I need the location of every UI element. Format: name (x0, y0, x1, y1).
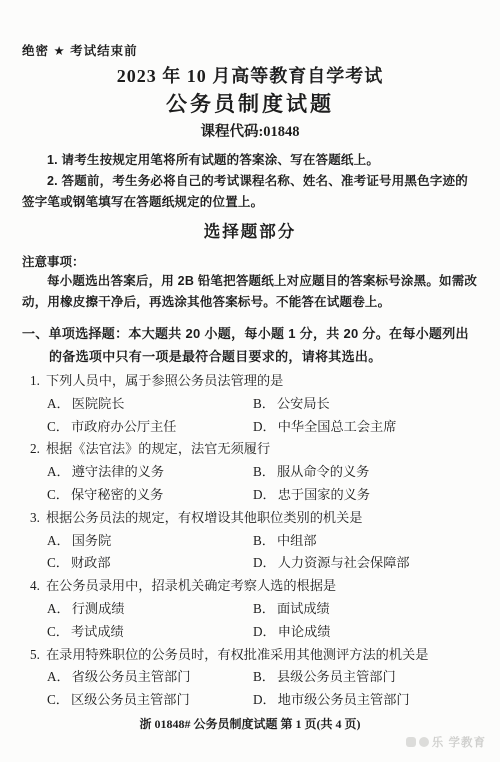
option-grid: A．行测成绩 B．面试成绩 C．考试成绩 D．申论成绩 (47, 598, 478, 644)
instruction-number: 1. (47, 153, 58, 167)
watermark-logo-icon (406, 737, 416, 747)
question-stem: 根据《法官法》的规定，法官无须履行 (46, 441, 270, 456)
exam-paper-page: 绝密 ★ 考试结束前 2023 年 10 月高等教育自学考试 公务员制度试题 课… (0, 0, 500, 762)
option: A．医院院长 (47, 393, 253, 416)
option-text: 国务院 (72, 533, 112, 548)
classification-banner: 绝密 ★ 考试结束前 (22, 44, 478, 58)
option: C．市政府办公厅主任 (47, 416, 253, 439)
section-label: 一、单项选择题： (22, 326, 128, 341)
section-heading: 一、单项选择题：本大题共 20 小题，每小题 1 分，共 20 分。在每小题列出… (22, 323, 478, 368)
option-text: 医院院长 (72, 396, 125, 411)
option-text: 区级公务员主管部门 (71, 692, 190, 707)
instruction-item: 1. 请考生按规定用笔将所有试题的答案涂、写在答题纸上。 (22, 150, 478, 171)
instructions-list: 1. 请考生按规定用笔将所有试题的答案涂、写在答题纸上。 2. 答题前，考生务必… (22, 150, 478, 213)
option-key: B． (253, 393, 275, 416)
part-heading: 选择题部分 (22, 221, 478, 243)
option: B．县级公务员主管部门 (253, 666, 478, 689)
option: D．地市级公务员主管部门 (253, 689, 478, 712)
option-text: 面试成绩 (277, 601, 330, 616)
attention-text: 每小题选出答案后，用 2B 铅笔把答题纸上对应题目的答案标号涂黑。如需改动，用橡… (22, 271, 478, 313)
option-key: D． (253, 689, 276, 712)
instruction-text: 答题前，考生务必将自己的考试课程名称、姓名、准考证号用黑色字迹的签字笔或钢笔填写… (22, 174, 468, 209)
course-code: 课程代码:01848 (22, 122, 478, 142)
option: C．考试成绩 (47, 621, 253, 644)
option-key: B． (253, 598, 275, 621)
option: A．省级公务员主管部门 (47, 666, 253, 689)
question-stem-line: 1.下列人员中，属于参照公务员法管理的是 (22, 370, 478, 393)
option-text: 服从命令的义务 (277, 464, 369, 479)
option-key: C． (47, 484, 69, 507)
question-number: 4. (30, 575, 46, 598)
instruction-item: 2. 答题前，考生务必将自己的考试课程名称、姓名、准考证号用黑色字迹的签字笔或钢… (22, 171, 478, 213)
option: D．申论成绩 (253, 621, 478, 644)
option-text: 人力资源与社会保障部 (278, 555, 410, 570)
option-key: C． (47, 621, 69, 644)
option-text: 省级公务员主管部门 (72, 669, 191, 684)
option-text: 中华全国总工会主席 (278, 419, 397, 434)
option: B．服从命令的义务 (253, 461, 478, 484)
instruction-number: 2. (47, 174, 58, 188)
option-key: C． (47, 689, 69, 712)
page-footer: 浙 01848# 公务员制度试题 第 1 页(共 4 页) (22, 716, 478, 732)
question-stem: 下列人员中，属于参照公务员法管理的是 (46, 373, 283, 388)
question-stem-line: 5.在录用特殊职位的公务员时，有权批准采用其他测评方法的机关是 (22, 644, 478, 667)
option-text: 地市级公务员主管部门 (278, 692, 410, 707)
option-grid: A．省级公务员主管部门 B．县级公务员主管部门 C．区级公务员主管部门 D．地市… (47, 666, 478, 712)
option: B．面试成绩 (253, 598, 478, 621)
question-list: 1.下列人员中，属于参照公务员法管理的是 A．医院院长 B．公安局长 C．市政府… (22, 370, 478, 712)
option-key: A． (47, 393, 70, 416)
option-text: 保守秘密的义务 (71, 487, 163, 502)
option: A．行测成绩 (47, 598, 253, 621)
watermark-text: 乐 学教育 (432, 734, 486, 750)
question: 5.在录用特殊职位的公务员时，有权批准采用其他测评方法的机关是 A．省级公务员主… (22, 644, 478, 712)
question-stem-line: 4.在公务员录用中，招录机关确定考察人选的根据是 (22, 575, 478, 598)
exam-title: 2023 年 10 月高等教育自学考试 (22, 64, 478, 88)
option: B．中组部 (253, 530, 478, 553)
option: C．财政部 (47, 552, 253, 575)
option: A．国务院 (47, 530, 253, 553)
option-key: A． (47, 598, 70, 621)
question-number: 2. (30, 438, 46, 461)
question-stem: 在录用特殊职位的公务员时，有权批准采用其他测评方法的机关是 (46, 647, 428, 662)
option-key: A． (47, 666, 70, 689)
option-key: A． (47, 530, 70, 553)
option-key: D． (253, 552, 276, 575)
option-text: 行测成绩 (72, 601, 125, 616)
option-key: D． (253, 621, 276, 644)
option-text: 遵守法律的义务 (72, 464, 164, 479)
option: D．人力资源与社会保障部 (253, 552, 478, 575)
option-text: 公安局长 (277, 396, 330, 411)
option-text: 市政府办公厅主任 (71, 419, 177, 434)
exam-subtitle: 公务员制度试题 (22, 91, 478, 119)
question: 1.下列人员中，属于参照公务员法管理的是 A．医院院长 B．公安局长 C．市政府… (22, 370, 478, 438)
option-key: D． (253, 484, 276, 507)
question-number: 5. (30, 644, 46, 667)
option-text: 考试成绩 (71, 624, 124, 639)
option: B．公安局长 (253, 393, 478, 416)
option-text: 申论成绩 (278, 624, 331, 639)
option-key: A． (47, 461, 70, 484)
question: 3.根据公务员法的规定，有权增设其他职位类别的机关是 A．国务院 B．中组部 C… (22, 507, 478, 575)
option-key: B． (253, 461, 275, 484)
option: A．遵守法律的义务 (47, 461, 253, 484)
question-stem-line: 3.根据公务员法的规定，有权增设其他职位类别的机关是 (22, 507, 478, 530)
option-key: C． (47, 552, 69, 575)
option: D．忠于国家的义务 (253, 484, 478, 507)
option-grid: A．国务院 B．中组部 C．财政部 D．人力资源与社会保障部 (47, 530, 478, 576)
question-stem-line: 2.根据《法官法》的规定，法官无须履行 (22, 438, 478, 461)
option: C．区级公务员主管部门 (47, 689, 253, 712)
option-grid: A．医院院长 B．公安局长 C．市政府办公厅主任 D．中华全国总工会主席 (47, 393, 478, 439)
attention-heading: 注意事项： (22, 253, 478, 271)
option-key: D． (253, 416, 276, 439)
option-key: B． (253, 530, 275, 553)
option-grid: A．遵守法律的义务 B．服从命令的义务 C．保守秘密的义务 D．忠于国家的义务 (47, 461, 478, 507)
option: C．保守秘密的义务 (47, 484, 253, 507)
question: 4.在公务员录用中，招录机关确定考察人选的根据是 A．行测成绩 B．面试成绩 C… (22, 575, 478, 643)
question-stem: 在公务员录用中，招录机关确定考察人选的根据是 (46, 578, 336, 593)
option-text: 县级公务员主管部门 (277, 669, 396, 684)
option-text: 中组部 (277, 533, 317, 548)
option-key: C． (47, 416, 69, 439)
question-number: 1. (30, 370, 46, 393)
option-text: 财政部 (71, 555, 111, 570)
instruction-text: 请考生按规定用笔将所有试题的答案涂、写在答题纸上。 (62, 153, 380, 167)
option-text: 忠于国家的义务 (278, 487, 370, 502)
option-key: B． (253, 666, 275, 689)
watermark: 乐 学教育 (406, 734, 486, 750)
watermark-badge-icon (419, 737, 429, 747)
question: 2.根据《法官法》的规定，法官无须履行 A．遵守法律的义务 B．服从命令的义务 … (22, 438, 478, 506)
question-number: 3. (30, 507, 46, 530)
question-stem: 根据公务员法的规定，有权增设其他职位类别的机关是 (46, 510, 363, 525)
option: D．中华全国总工会主席 (253, 416, 478, 439)
